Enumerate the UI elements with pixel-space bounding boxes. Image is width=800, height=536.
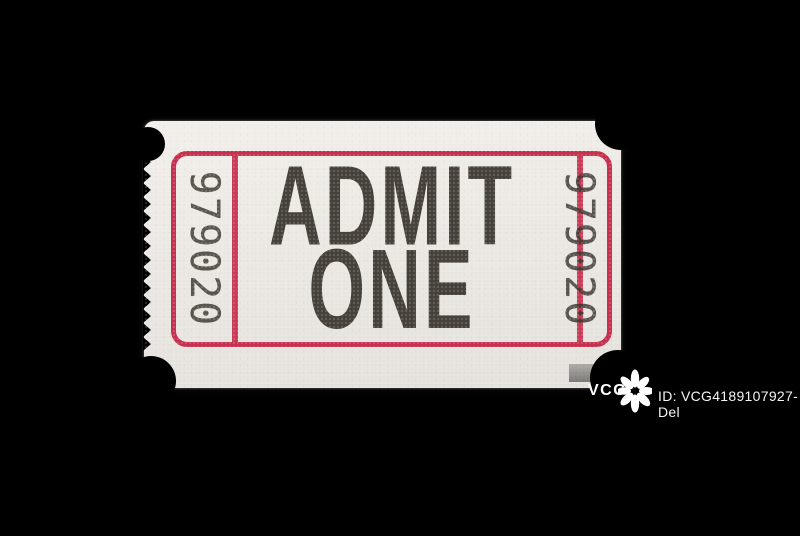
corner-notch-top-right bbox=[595, 98, 647, 150]
watermark-band bbox=[569, 364, 618, 382]
watermark-id-text: ID: VCG4189107927-Del bbox=[658, 388, 800, 420]
vcg-flower-icon bbox=[618, 367, 652, 415]
admit-one-ticket: 979020 ADMIT ONE 979020 bbox=[144, 121, 621, 388]
perforation-edge bbox=[143, 155, 151, 351]
photo-background: 979020 ADMIT ONE 979020 VCG ID: VCG41891… bbox=[0, 0, 800, 536]
corner-notch-bottom-left bbox=[126, 356, 176, 406]
red-frame: 979020 ADMIT ONE 979020 bbox=[171, 151, 612, 347]
stub-divider-left bbox=[232, 156, 238, 342]
right-stub-serial-number: 979020 bbox=[556, 171, 602, 328]
corner-notch-top-left bbox=[131, 127, 165, 161]
left-stub-serial-number: 979020 bbox=[181, 171, 227, 328]
admit-one-stamp: ADMIT ONE bbox=[269, 165, 515, 332]
